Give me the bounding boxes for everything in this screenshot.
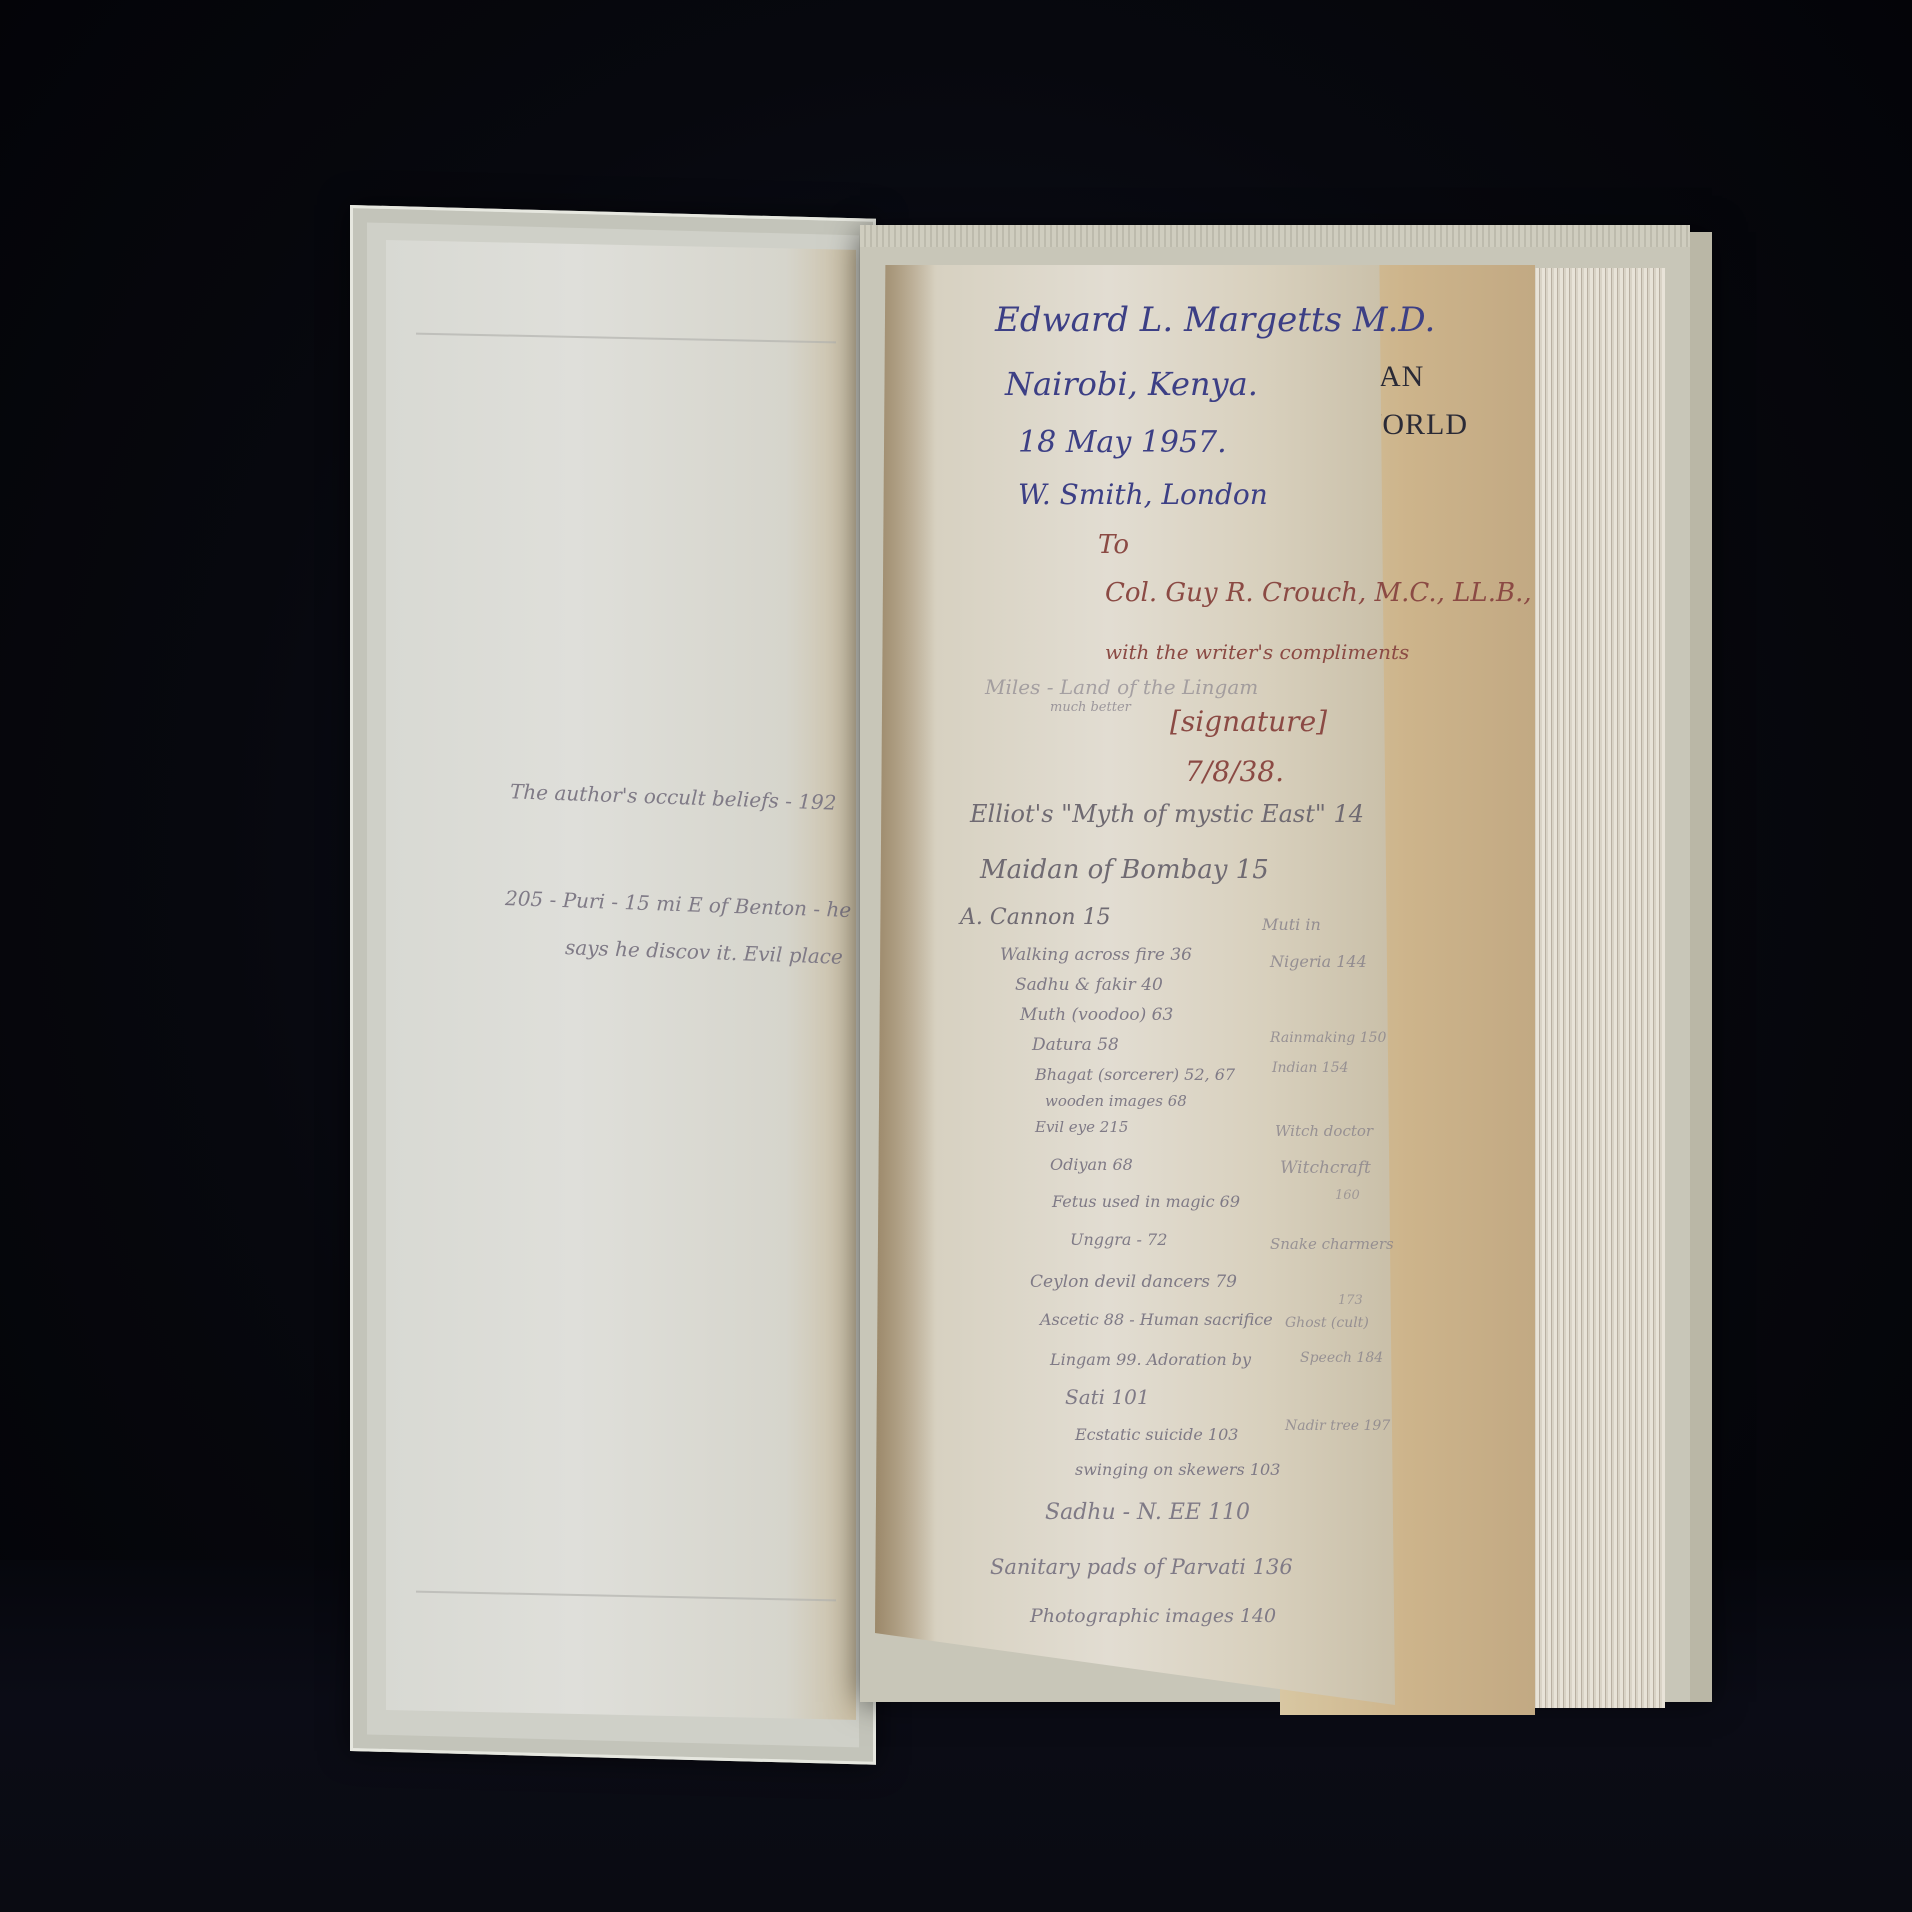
index-note: A. Cannon 15 <box>960 905 1111 930</box>
index-note: Datura 58 <box>1032 1035 1119 1055</box>
inscription-to: To <box>1098 530 1129 560</box>
margin-note: Witch doctor <box>1275 1122 1373 1140</box>
index-note: Bhagat (sorcerer) 52, 67 <box>1035 1065 1235 1084</box>
index-note: Elliot's "Myth of mystic East" 14 <box>970 800 1364 828</box>
left-endpaper <box>386 240 856 1720</box>
inscription-name: Edward L. Margetts M.D. <box>995 300 1435 340</box>
cloth-headcap <box>860 225 1690 247</box>
index-note: Ecstatic suicide 103 <box>1075 1425 1238 1444</box>
margin-note: Ghost (cult) <box>1285 1315 1369 1331</box>
inscription-message: with the writer's compliments <box>1105 640 1409 664</box>
index-note: Unggra - 72 <box>1070 1230 1167 1249</box>
inscription-signed-date: 7/8/38. <box>1185 755 1284 788</box>
margin-note: Speech 184 <box>1300 1350 1383 1366</box>
faint-pencil-sub: much better <box>1050 700 1131 715</box>
margin-note: 160 <box>1335 1188 1360 1203</box>
index-note: Sanitary pads of Parvati 136 <box>990 1555 1293 1579</box>
margin-note: Nadir tree 197 <box>1285 1418 1390 1434</box>
margin-note: Indian 154 <box>1272 1060 1349 1076</box>
margin-note: Muti in <box>1262 915 1321 934</box>
index-note: swinging on skewers 103 <box>1075 1460 1280 1479</box>
margin-note: Snake charmers <box>1270 1235 1394 1253</box>
index-note: wooden images 68 <box>1045 1092 1187 1110</box>
inscription-seller: W. Smith, London <box>1018 478 1268 511</box>
inscription-place: Nairobi, Kenya. <box>1005 365 1258 403</box>
index-note: Walking across fire 36 <box>1000 945 1192 965</box>
inscription-signature: [signature] <box>1170 705 1327 738</box>
index-note: Sadhu - N. EE 110 <box>1045 1500 1250 1525</box>
index-note: Photographic images 140 <box>1030 1605 1276 1627</box>
index-note: Fetus used in magic 69 <box>1052 1192 1240 1211</box>
margin-note: Witchcraft <box>1280 1158 1371 1178</box>
gutter-shadow <box>875 265 935 1705</box>
index-note: Maidan of Bombay 15 <box>980 855 1269 885</box>
index-note: Sadhu & fakir 40 <box>1015 975 1163 995</box>
index-note: Muth (voodoo) 63 <box>1020 1005 1173 1025</box>
margin-note: Nigeria 144 <box>1270 952 1367 971</box>
photo-scene: The author's occult beliefs - 192 205 - … <box>0 0 1912 1912</box>
margin-note: Rainmaking 150 <box>1270 1030 1386 1046</box>
inscription-recipient: Col. Guy R. Crouch, M.C., LL.B., <box>1105 578 1532 608</box>
endpaper-fold-line <box>416 333 836 344</box>
index-note: Evil eye 215 <box>1035 1118 1128 1136</box>
index-note: Lingam 99. Adoration by <box>1050 1350 1251 1369</box>
index-note: Ascetic 88 - Human sacrifice <box>1040 1310 1273 1329</box>
index-note: Sati 101 <box>1065 1385 1150 1409</box>
page-edges <box>1530 268 1665 1708</box>
faint-pencil-note: Miles - Land of the Lingam <box>985 675 1258 699</box>
endpaper-fold-line <box>416 1591 836 1602</box>
inscription-date: 18 May 1957. <box>1018 425 1227 460</box>
index-note: Odiyan 68 <box>1050 1155 1133 1174</box>
index-note: Ceylon devil dancers 79 <box>1030 1272 1237 1292</box>
margin-note: 173 <box>1338 1293 1363 1308</box>
